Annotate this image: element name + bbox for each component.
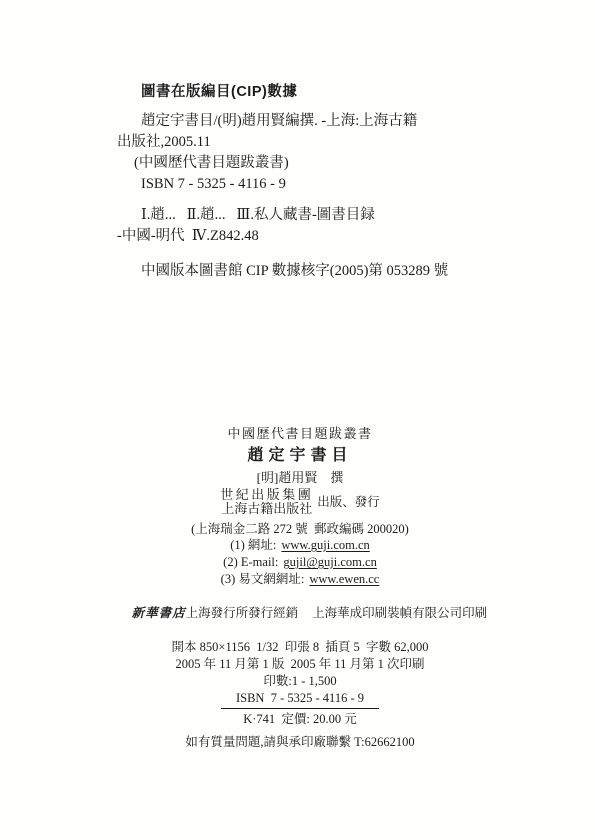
quality-notice: 如有質量問題,請與承印廠聯繫 T:62662100 [70,734,530,751]
book-title: 趙定宇書目 [70,446,530,466]
author-line: [明]趙用賢撰 [70,469,530,486]
distributor-text: 上海發行所發行經銷 [186,606,299,620]
publisher-name: 上海古籍出版社 [220,502,313,516]
distributor-line: 新華書店上海發行所發行經銷上海華成印刷裝幀有限公司印刷 [70,588,530,639]
author-role: 撰 [330,470,343,485]
edition-line: 2005 年 11 月第 1 版 2005 年 11 月第 1 次印刷 [70,656,530,673]
publishing-group: 世紀出版集團 [220,488,313,502]
isbn-line: ISBN 7 - 5325 - 4116 - 9 [70,690,530,706]
ewen-line: (3) 易文網網址:www.ewen.cc [70,571,530,588]
email-line: (2) E-mail:gujil@guji.com.cn [70,554,530,571]
cip-subjects-line-1: Ⅰ.趙... Ⅱ.趙... Ⅲ.私人藏書-圖書目録 [117,205,517,226]
author-name: [明]趙用賢 [257,470,318,485]
email-label: (2) E-mail: [223,555,278,569]
cip-isbn: ISBN 7 - 5325 - 4116 - 9 [117,174,517,195]
publisher-role-label: 出版、發行 [317,495,380,509]
cip-description-line-1: 趙定宇書目/(明)趙用賢編撰. -上海:上海古籍 [117,111,517,132]
impression-line: 印數:1 - 1,500 [70,673,530,690]
cip-subjects-line-2: -中國-明代 Ⅳ.Z842.48 [117,226,517,247]
publisher-row: 世紀出版集團 上海古籍出版社 出版、發行 [70,488,530,516]
isbn-divider-rule [221,708,379,709]
xinhua-bookstore-script-logo: 新華書店 [132,606,186,620]
ewen-url: www.ewen.cc [309,572,379,586]
price-line: K·741 定價: 20.00 元 [70,711,530,728]
cip-series-note: (中國歷代書目題跋叢書) [117,153,517,174]
website-url: www.guji.com.cn [281,538,369,552]
cip-heading: 圖書在版編目(CIP)數據 [117,82,517,102]
publisher-names: 世紀出版集團 上海古籍出版社 [220,488,313,516]
book-copyright-page: 圖書在版編目(CIP)數據 趙定宇書目/(明)趙用賢編撰. -上海:上海古籍 出… [0,0,595,840]
cip-record-number: 中國版本圖書館 CIP 數據核字(2005)第 053289 號 [117,261,517,282]
cip-block: 圖書在版編目(CIP)數據 趙定宇書目/(明)趙用賢編撰. -上海:上海古籍 出… [117,82,517,282]
colophon-block: 中國歷代書目題跋叢書 趙定宇書目 [明]趙用賢撰 世紀出版集團 上海古籍出版社 … [70,426,530,751]
printer-text: 上海華成印刷裝幀有限公司印刷 [312,606,487,620]
format-line: 開本 850×1156 1/32 印張 8 插頁 5 字數 62,000 [70,639,530,656]
email-url: gujil@guji.com.cn [283,555,376,569]
website-label: (1) 網址: [230,538,276,552]
series-title: 中國歷代書目題跋叢書 [70,426,530,442]
cip-description-line-2: 出版社,2005.11 [117,132,517,153]
website-line: (1) 網址:www.guji.com.cn [70,537,530,554]
publisher-address: (上海瑞金二路 272 號 郵政編碼 200020) [70,521,530,537]
ewen-label: (3) 易文網網址: [221,572,305,586]
